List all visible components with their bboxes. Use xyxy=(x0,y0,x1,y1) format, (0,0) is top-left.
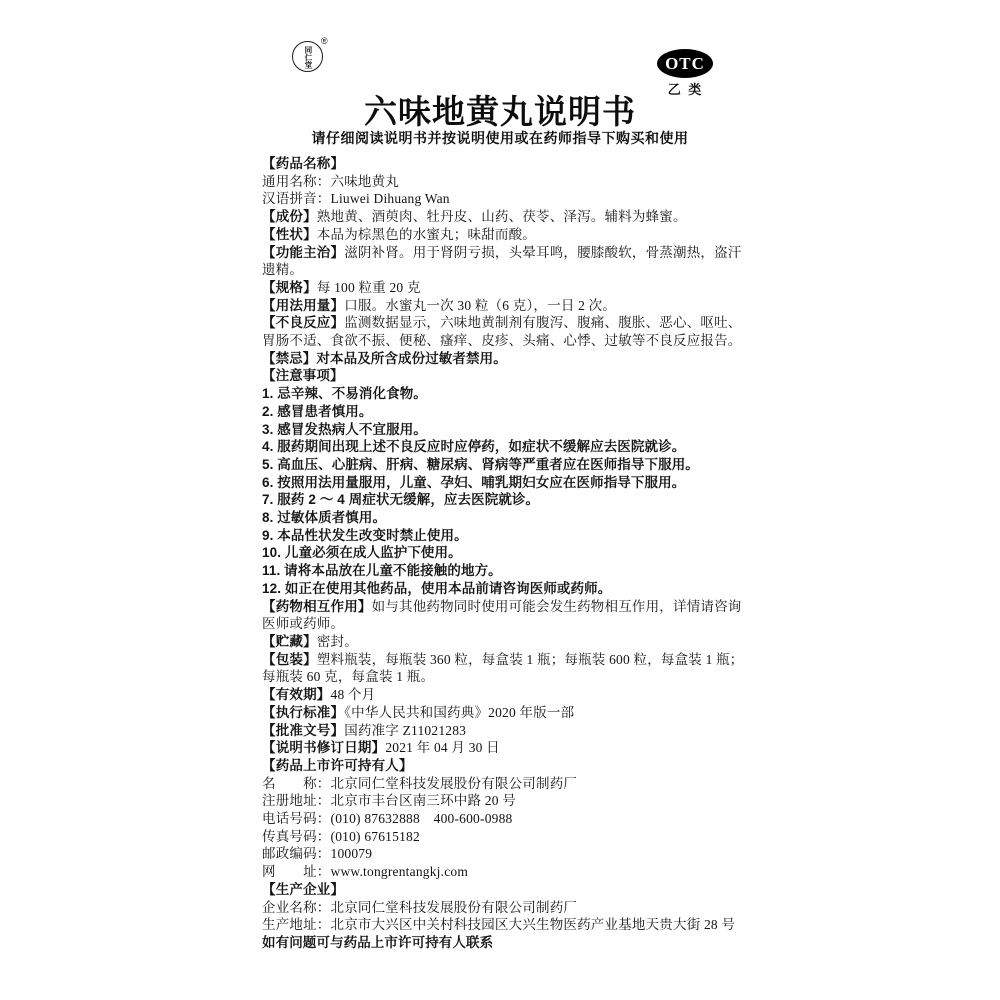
section-header: 【用法用量】 xyxy=(262,298,344,313)
line-text: 传真号码：(010) 67615182 xyxy=(262,829,420,844)
line-text: 如与其他药物同时使用可能会发生药物相互作用，详情请咨询 xyxy=(372,599,742,614)
line-text: 如有问题可与药品上市许可持有人联系 xyxy=(262,935,493,950)
line-text: 通用名称：六味地黄丸 xyxy=(262,174,399,189)
doc-line: 1. 忌辛辣、不易消化食物。 xyxy=(262,385,742,403)
line-text: 塑料瓶装，每瓶装 360 粒，每盒装 1 瓶；每瓶装 600 粒，每盒装 1 瓶… xyxy=(317,652,744,667)
line-text: 遗精。 xyxy=(262,262,303,277)
doc-line: 【执行标准】《中华人民共和国药典》2020 年版一部 xyxy=(262,704,742,722)
line-text: 企业名称：北京同仁堂科技发展股份有限公司制药厂 xyxy=(262,900,577,915)
doc-line: 【成份】熟地黄、酒萸肉、牡丹皮、山药、茯苓、泽泻。辅料为蜂蜜。 xyxy=(262,208,742,226)
section-header: 【药品上市许可持有人】 xyxy=(262,758,413,773)
section-header: 【药品名称】 xyxy=(262,156,344,171)
doc-line: 3. 感冒发热病人不宜服用。 xyxy=(262,421,742,439)
doc-body: 【药品名称】通用名称：六味地黄丸汉语拼音：Liuwei Dihuang Wan【… xyxy=(262,155,742,952)
line-text: 口服。水蜜丸一次 30 粒（6 克），一日 2 次。 xyxy=(344,298,616,313)
doc-line: 邮政编码：100079 xyxy=(262,845,742,863)
line-text: 11. 请将本品放在儿童不能接触的地方。 xyxy=(262,563,502,578)
doc-line: 汉语拼音：Liuwei Dihuang Wan xyxy=(262,190,742,208)
doc-line: 传真号码：(010) 67615182 xyxy=(262,828,742,846)
line-text: 12. 如正在使用其他药品，使用本品前请咨询医师或药师。 xyxy=(262,581,611,596)
section-header: 【执行标准】 xyxy=(262,705,344,720)
doc-line: 名 称：北京同仁堂科技发展股份有限公司制药厂 xyxy=(262,775,742,793)
doc-line: 【药品上市许可持有人】 xyxy=(262,757,742,775)
section-header: 【禁忌】 xyxy=(262,351,316,366)
doc-line: 每瓶装 60 克，每盒装 1 瓶。 xyxy=(262,668,742,686)
seal-circle-icon: 同仁堂 xyxy=(292,41,323,72)
doc-line: 注册地址：北京市丰台区南三环中路 20 号 xyxy=(262,792,742,810)
section-header: 【药物相互作用】 xyxy=(262,599,372,614)
line-text: 网 址：www.tongrentangkj.com xyxy=(262,864,468,879)
line-text: 5. 高血压、心脏病、肝病、糖尿病、肾病等严重者应在医师指导下服用。 xyxy=(262,457,699,472)
doc-line: 电话号码：(010) 87632888 400-600-0988 xyxy=(262,810,742,828)
line-text: 邮政编码：100079 xyxy=(262,846,372,861)
doc-line: 生产地址：北京市大兴区中关村科技园区大兴生物医药产业基地天贵大街 28 号 xyxy=(262,916,742,934)
line-text: 国药准字 Z11021283 xyxy=(344,723,466,738)
line-text: 电话号码：(010) 87632888 400-600-0988 xyxy=(262,811,513,826)
section-header: 【成份】 xyxy=(262,209,317,224)
section-header: 【注意事项】 xyxy=(262,368,344,383)
doc-line: 【有效期】48 个月 xyxy=(262,686,742,704)
section-header: 【性状】 xyxy=(262,227,317,242)
line-text: 8. 过敏体质者慎用。 xyxy=(262,510,386,525)
section-header: 【不良反应】 xyxy=(262,315,344,330)
brand-seal-logo: 同仁堂 ® xyxy=(292,41,332,81)
doc-line: 【包装】塑料瓶装，每瓶装 360 粒，每盒装 1 瓶；每瓶装 600 粒，每盒装… xyxy=(262,651,742,669)
line-text: 注册地址：北京市丰台区南三环中路 20 号 xyxy=(262,793,516,808)
doc-line: 10. 儿童必须在成人监护下使用。 xyxy=(262,544,742,562)
line-text: 4. 服药期间出现上述不良反应时应停药，如症状不缓解应去医院就诊。 xyxy=(262,439,685,454)
doc-line: 【药物相互作用】如与其他药物同时使用可能会发生药物相互作用，详情请咨询 xyxy=(262,598,742,616)
line-text: 本品为棕黑色的水蜜丸；味甜而酸。 xyxy=(317,227,536,242)
doc-line: 通用名称：六味地黄丸 xyxy=(262,173,742,191)
section-header: 【有效期】 xyxy=(262,687,331,702)
doc-line: 胃肠不适、食欲不振、便秘、瘙痒、皮疹、头痛、心悸、过敏等不良反应报告。 xyxy=(262,332,742,350)
doc-line: 医师或药师。 xyxy=(262,615,742,633)
line-text: 滋阴补肾。用于肾阴亏损，头晕耳鸣，腰膝酸软，骨蒸潮热，盗汗 xyxy=(344,245,741,260)
doc-line: 【功能主治】滋阴补肾。用于肾阴亏损，头晕耳鸣，腰膝酸软，骨蒸潮热，盗汗 xyxy=(262,244,742,262)
doc-line: 9. 本品性状发生改变时禁止使用。 xyxy=(262,527,742,545)
section-header: 【功能主治】 xyxy=(262,245,344,260)
doc-line: 2. 感冒患者慎用。 xyxy=(262,403,742,421)
doc-line: 【药品名称】 xyxy=(262,155,742,173)
section-header: 【规格】 xyxy=(262,280,317,295)
doc-line: 5. 高血压、心脏病、肝病、糖尿病、肾病等严重者应在医师指导下服用。 xyxy=(262,456,742,474)
doc-line: 【生产企业】 xyxy=(262,881,742,899)
doc-line: 遗精。 xyxy=(262,261,742,279)
doc-line: 6. 按照用法用量服用，儿童、孕妇、哺乳期妇女应在医师指导下服用。 xyxy=(262,474,742,492)
registered-trademark-icon: ® xyxy=(321,36,328,46)
doc-line: 11. 请将本品放在儿童不能接触的地方。 xyxy=(262,562,742,580)
doc-line: 【用法用量】口服。水蜜丸一次 30 粒（6 克），一日 2 次。 xyxy=(262,297,742,315)
doc-line: 【规格】每 100 粒重 20 克 xyxy=(262,279,742,297)
line-text: 9. 本品性状发生改变时禁止使用。 xyxy=(262,528,468,543)
section-header: 【说明书修订日期】 xyxy=(262,740,385,755)
line-text: 48 个月 xyxy=(331,687,376,702)
doc-line: 【贮藏】密封。 xyxy=(262,633,742,651)
section-header: 【批准文号】 xyxy=(262,723,344,738)
drug-leaflet-page: 同仁堂 ® OTC 乙 类 六味地黄丸说明书 请仔细阅读说明书并按说明使用或在药… xyxy=(0,0,1000,1000)
section-header: 【贮藏】 xyxy=(262,634,317,649)
doc-line: 网 址：www.tongrentangkj.com xyxy=(262,863,742,881)
doc-line: 如有问题可与药品上市许可持有人联系 xyxy=(262,934,742,952)
seal-brand-text: 同仁堂 xyxy=(304,45,312,68)
doc-line: 4. 服药期间出现上述不良反应时应停药，如症状不缓解应去医院就诊。 xyxy=(262,438,742,456)
line-text: 名 称：北京同仁堂科技发展股份有限公司制药厂 xyxy=(262,776,577,791)
doc-line: 【注意事项】 xyxy=(262,367,742,385)
line-text: 监测数据显示，六味地黄制剂有腹泻、腹痛、腹胀、恶心、呕吐、 xyxy=(344,315,741,330)
doc-line: 企业名称：北京同仁堂科技发展股份有限公司制药厂 xyxy=(262,899,742,917)
line-text: 每 100 粒重 20 克 xyxy=(317,280,421,295)
doc-line: 【说明书修订日期】2021 年 04 月 30 日 xyxy=(262,739,742,757)
section-header: 【包装】 xyxy=(262,652,317,667)
line-text: 胃肠不适、食欲不振、便秘、瘙痒、皮疹、头痛、心悸、过敏等不良反应报告。 xyxy=(262,333,742,348)
line-text: 7. 服药 2 ～ 4 周症状无缓解，应去医院就诊。 xyxy=(262,492,539,507)
page-title: 六味地黄丸说明书 xyxy=(0,86,1000,133)
doc-line: 12. 如正在使用其他药品，使用本品前请咨询医师或药师。 xyxy=(262,580,742,598)
line-text: 2. 感冒患者慎用。 xyxy=(262,404,373,419)
line-text: 对本品及所含成份过敏者禁用。 xyxy=(316,351,506,366)
doc-line: 【性状】本品为棕黑色的水蜜丸；味甜而酸。 xyxy=(262,226,742,244)
line-text: 10. 儿童必须在成人监护下使用。 xyxy=(262,545,462,560)
doc-line: 8. 过敏体质者慎用。 xyxy=(262,509,742,527)
line-text: 汉语拼音：Liuwei Dihuang Wan xyxy=(262,191,450,206)
line-text: 3. 感冒发热病人不宜服用。 xyxy=(262,422,427,437)
otc-label: OTC xyxy=(665,54,705,74)
section-header: 【生产企业】 xyxy=(262,882,344,897)
line-text: 生产地址：北京市大兴区中关村科技园区大兴生物医药产业基地天贵大街 28 号 xyxy=(262,917,735,932)
otc-ellipse-icon: OTC xyxy=(657,49,713,78)
doc-line: 【禁忌】对本品及所含成份过敏者禁用。 xyxy=(262,350,742,368)
line-text: 2021 年 04 月 30 日 xyxy=(385,740,500,755)
doc-line: 【不良反应】监测数据显示，六味地黄制剂有腹泻、腹痛、腹胀、恶心、呕吐、 xyxy=(262,314,742,332)
line-text: 医师或药师。 xyxy=(262,616,344,631)
doc-line: 7. 服药 2 ～ 4 周症状无缓解，应去医院就诊。 xyxy=(262,491,742,509)
page-subtitle: 请仔细阅读说明书并按说明使用或在药师指导下购买和使用 xyxy=(0,128,1000,148)
doc-line: 【批准文号】国药准字 Z11021283 xyxy=(262,722,742,740)
line-text: 密封。 xyxy=(317,634,358,649)
line-text: 6. 按照用法用量服用，儿童、孕妇、哺乳期妇女应在医师指导下服用。 xyxy=(262,475,685,490)
line-text: 《中华人民共和国药典》2020 年版一部 xyxy=(344,705,574,720)
line-text: 熟地黄、酒萸肉、牡丹皮、山药、茯苓、泽泻。辅料为蜂蜜。 xyxy=(317,209,687,224)
line-text: 1. 忌辛辣、不易消化食物。 xyxy=(262,386,427,401)
line-text: 每瓶装 60 克，每盒装 1 瓶。 xyxy=(262,669,434,684)
